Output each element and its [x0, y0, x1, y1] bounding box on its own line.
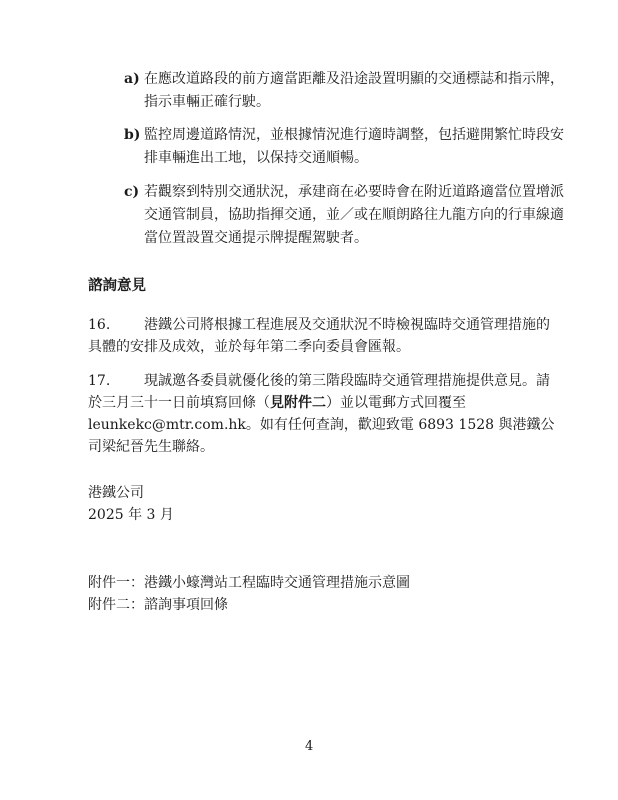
list-label: b): [124, 124, 140, 147]
list-text: 監控周邊道路情況，並根據情況進行適時調整，包括避開繁忙時段安排車輛進出工地，以保…: [144, 124, 564, 170]
list-text: 若觀察到特別交通狀況，承建商在必要時會在附近道路適當位置增派交通管制員，協助指揮…: [144, 181, 564, 250]
signature-block: 港鐵公司 2025 年 3 月: [88, 482, 174, 526]
page-number: 4: [305, 739, 313, 754]
paragraph-16: 16.港鐵公司將根據工程進展及交通狀況不時檢視臨時交通管理措施的具體的安排及成效…: [88, 314, 558, 358]
paragraph-17: 17.現誠邀各委員就優化後的第三階段臨時交通管理措施提供意見。請於三月三十一日前…: [88, 370, 558, 458]
list-text: 在應改道路段的前方適當距離及沿途設置明顯的交通標誌和指示牌，指示車輛正確行駛。: [144, 68, 564, 114]
document-page: a) 在應改道路段的前方適當距離及沿途設置明顯的交通標誌和指示牌，指示車輛正確行…: [0, 0, 618, 800]
annex-list: 附件一：港鐵小蠔灣站工程臨時交通管理措施示意圖 附件二：諮詢事項回條: [88, 572, 410, 616]
paragraph-number: 16.: [88, 314, 144, 336]
list-label: a): [124, 68, 140, 91]
annex-reference: 見附件二: [270, 395, 326, 411]
list-item-c: c) 若觀察到特別交通狀況，承建商在必要時會在附近道路適當位置增派交通管制員，協…: [124, 181, 564, 250]
paragraph-text: 港鐵公司將根據工程進展及交通狀況不時檢視臨時交通管理措施的具體的安排及成效，並於…: [88, 317, 550, 355]
list-label: c): [124, 181, 139, 204]
annex-2: 附件二：諮詢事項回條: [88, 594, 410, 616]
list-item-a: a) 在應改道路段的前方適當距離及沿途設置明顯的交通標誌和指示牌，指示車輛正確行…: [124, 68, 564, 114]
signature-org: 港鐵公司: [88, 482, 174, 504]
list-item-b: b) 監控周邊道路情況，並根據情況進行適時調整，包括避開繁忙時段安排車輛進出工地…: [124, 124, 564, 170]
section-heading: 諮詢意見: [88, 274, 146, 295]
annex-1: 附件一：港鐵小蠔灣站工程臨時交通管理措施示意圖: [88, 572, 410, 594]
paragraph-number: 17.: [88, 370, 144, 392]
signature-date: 2025 年 3 月: [88, 504, 174, 526]
